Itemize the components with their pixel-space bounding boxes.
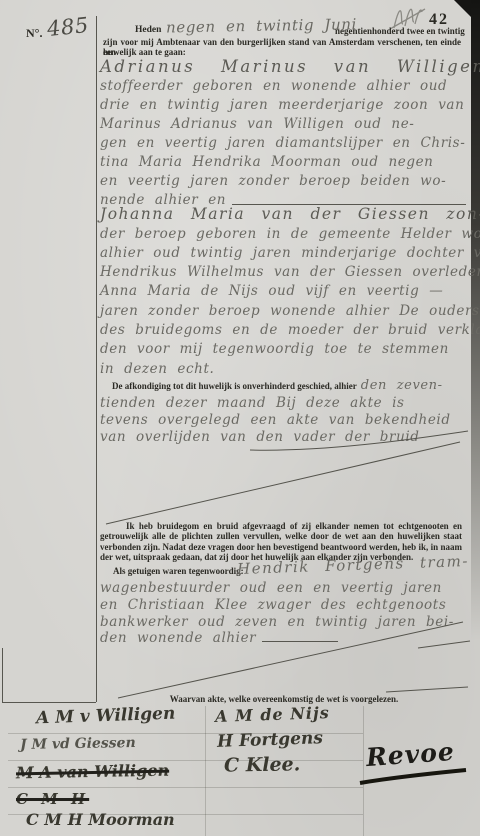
witness-end-flick-line [418,641,470,648]
void-diagonal-line-1 [106,442,460,524]
void-diagonal-line-2 [118,622,463,698]
marriage-certificate-scan: N°. 485 42 Heden negen en twintig Juni n… [0,0,480,836]
registrar-signature-underline [360,770,466,783]
ink-strokes-overlay [0,0,480,836]
pre-closing-rule-line [386,687,468,692]
